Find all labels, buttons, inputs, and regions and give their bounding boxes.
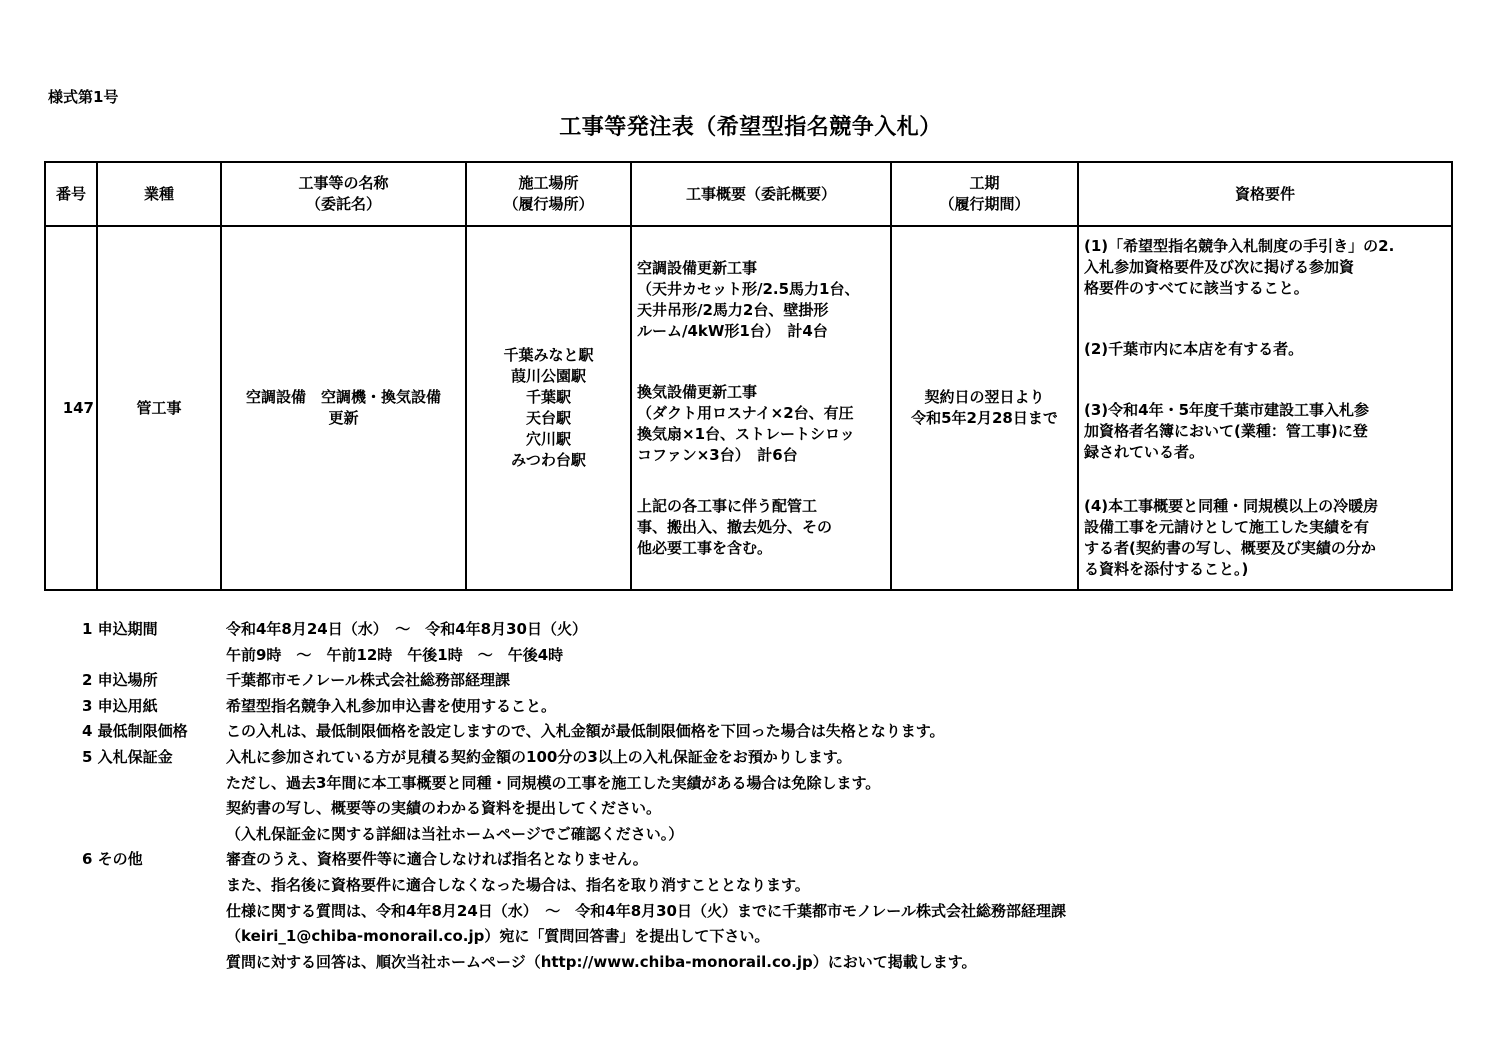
note-label-empty — [82, 643, 226, 669]
note-text: 契約書の写し、概要等の実績のわかる資料を提出してください。 — [226, 796, 661, 822]
header-sublabel: （履行場所） — [467, 194, 630, 215]
summary-line: コファン×3台） 計6台 — [637, 445, 890, 466]
note-text: 入札に参加されている方が見積る契約金額の100分の3以上の入札保証金をお預かりし… — [226, 745, 852, 771]
cell-summary: 空調設備更新工事 （天井カセット形/2.5馬力1台、 天井吊形/2馬力2台、壁掛… — [631, 226, 891, 590]
note-other: 6 その他 審査のうえ、資格要件等に適合しなければ指名となりません。 — [82, 847, 1066, 873]
header-qualifications: 資格要件 — [1078, 162, 1452, 226]
note-application-form: 3 申込用紙 希望型指名競争入札参加申込書を使用すること。 — [82, 694, 1066, 720]
note-text: この入札は、最低制限価格を設定しますので、入札金額が最低制限価格を下回った場合は… — [226, 719, 945, 745]
location-item: 千葉駅 — [467, 387, 630, 408]
qualification-line: る資料を添付すること。) — [1084, 559, 1451, 580]
header-name: 工事等の名称（委託名） — [221, 162, 466, 226]
note-continuation: 仕様に関する質問は、令和4年8月24日（水） ～ 令和4年8月30日（火）までに… — [82, 899, 1066, 925]
header-summary: 工事概要（委託概要） — [631, 162, 891, 226]
order-table: 番号 業種 工事等の名称（委託名） 施工場所（履行場所） 工事概要（委託概要） … — [44, 161, 1453, 591]
header-label: 番号 — [46, 184, 96, 205]
table-header-row: 番号 業種 工事等の名称（委託名） 施工場所（履行場所） 工事概要（委託概要） … — [45, 162, 1452, 226]
header-number: 番号 — [45, 162, 97, 226]
note-label: 6 その他 — [82, 847, 226, 873]
note-continuation: 午前9時 ～ 午前12時 午後1時 ～ 午後4時 — [82, 643, 1066, 669]
note-label-empty — [82, 796, 226, 822]
location-item: みつわ台駅 — [467, 450, 630, 471]
period-line: 契約日の翌日より — [892, 387, 1077, 408]
location-item: 天台駅 — [467, 408, 630, 429]
spacer — [1084, 463, 1451, 496]
summary-line: ルーム/4kW形1台） 計4台 — [637, 321, 890, 342]
note-text: 仕様に関する質問は、令和4年8月24日（水） ～ 令和4年8月30日（火）までに… — [226, 899, 1066, 925]
location-item: 穴川駅 — [467, 429, 630, 450]
note-bid-bond: 5 入札保証金 入札に参加されている方が見積る契約金額の100分の3以上の入札保… — [82, 745, 1066, 771]
note-label-empty — [82, 873, 226, 899]
location-item: 千葉みなと駅 — [467, 345, 630, 366]
spacer — [1084, 299, 1451, 339]
note-label: 3 申込用紙 — [82, 694, 226, 720]
note-text: 千葉都市モノレール株式会社総務部経理課 — [226, 668, 510, 694]
form-number: 様式第1号 — [48, 86, 118, 107]
spacer — [637, 342, 890, 382]
note-continuation: （入札保証金に関する詳細は当社ホームページでご確認ください。） — [82, 822, 1066, 848]
note-text: 審査のうえ、資格要件等に適合しなければ指名となりません。 — [226, 847, 648, 873]
summary-line: （ダクト用ロスナイ×2台、有圧 — [637, 403, 890, 424]
note-label-empty — [82, 899, 226, 925]
location-item: 葭川公園駅 — [467, 366, 630, 387]
summary-line: 換気扇×1台、ストレートシロッ — [637, 424, 890, 445]
note-continuation: （keiri_1@chiba-monorail.co.jp）宛に「質問回答書」を… — [82, 924, 1066, 950]
header-category: 業種 — [97, 162, 221, 226]
header-sublabel: （委託名） — [222, 194, 465, 215]
note-label: 2 申込場所 — [82, 668, 226, 694]
qualification-line: 加資格者名簿において(業種：管工事)に登 — [1084, 421, 1451, 442]
summary-line: 事、搬出入、撤去処分、その — [637, 517, 890, 538]
note-continuation: ただし、過去3年間に本工事概要と同種・同規模の工事を施工した実績がある場合は免除… — [82, 771, 1066, 797]
note-text: 午前9時 ～ 午前12時 午後1時 ～ 午後4時 — [226, 643, 563, 669]
note-text: 希望型指名競争入札参加申込書を使用すること。 — [226, 694, 556, 720]
cell-qualifications: (1)「希望型指名競争入札制度の手引き」の2. 入札参加資格要件及び次に掲げる参… — [1078, 226, 1452, 590]
qualification-line: 入札参加資格要件及び次に掲げる参加資 — [1084, 257, 1451, 278]
note-label: 5 入札保証金 — [82, 745, 226, 771]
cell-name: 空調設備 空調機・換気設備 更新 — [221, 226, 466, 590]
cell-category: 管工事 — [97, 226, 221, 590]
qualification-line: (3)令和4年・5年度千葉市建設工事入札参 — [1084, 400, 1451, 421]
note-contact-email: （keiri_1@chiba-monorail.co.jp）宛に「質問回答書」を… — [226, 924, 769, 950]
note-label-empty — [82, 771, 226, 797]
note-text: ただし、過去3年間に本工事概要と同種・同規模の工事を施工した実績がある場合は免除… — [226, 771, 880, 797]
qualification-line: する者(契約書の写し、概要及び実績の分か — [1084, 538, 1451, 559]
summary-line: 天井吊形/2馬力2台、壁掛形 — [637, 300, 890, 321]
note-text: また、指名後に資格要件に適合しなくなった場合は、指名を取り消すこととなります。 — [226, 873, 810, 899]
note-application-period: 1 申込期間 令和4年8月24日（水） ～ 令和4年8月30日（火） — [82, 617, 1066, 643]
summary-line: （天井カセット形/2.5馬力1台、 — [637, 279, 890, 300]
header-label: 工事概要（委託概要） — [632, 184, 890, 205]
spacer — [637, 466, 890, 496]
qualification-line: (4)本工事概要と同種・同規模以上の冷暖房 — [1084, 496, 1451, 517]
summary-line: 空調設備更新工事 — [637, 258, 890, 279]
cell-locations: 千葉みなと駅 葭川公園駅 千葉駅 天台駅 穴川駅 みつわ台駅 — [466, 226, 631, 590]
qualification-line: 設備工事を元請けとして施工した実績を有 — [1084, 517, 1451, 538]
note-label-empty — [82, 950, 226, 976]
cell-number: 147 — [45, 226, 97, 590]
name-line: 更新 — [222, 408, 465, 429]
period-line: 令和5年2月28日まで — [892, 408, 1077, 429]
note-application-place: 2 申込場所 千葉都市モノレール株式会社総務部経理課 — [82, 668, 1066, 694]
header-label: 資格要件 — [1079, 184, 1451, 205]
note-label: 1 申込期間 — [82, 617, 226, 643]
header-label: 業種 — [98, 184, 220, 205]
header-sublabel: （履行期間） — [892, 194, 1077, 215]
note-continuation: 質問に対する回答は、順次当社ホームページ（http://www.chiba-mo… — [82, 950, 1066, 976]
summary-line: 他必要工事を含む。 — [637, 538, 890, 559]
note-continuation: また、指名後に資格要件に適合しなくなった場合は、指名を取り消すこととなります。 — [82, 873, 1066, 899]
qualification-line: 格要件のすべてに該当すること。 — [1084, 278, 1451, 299]
note-text: （入札保証金に関する詳細は当社ホームページでご確認ください。） — [226, 822, 683, 848]
spacer — [1084, 360, 1451, 400]
note-minimum-price: 4 最低制限価格 この入札は、最低制限価格を設定しますので、入札金額が最低制限価… — [82, 719, 1066, 745]
note-text: 令和4年8月24日（水） ～ 令和4年8月30日（火） — [226, 617, 587, 643]
name-line: 空調設備 空調機・換気設備 — [222, 387, 465, 408]
note-label-empty — [82, 822, 226, 848]
qualification-line: (2)千葉市内に本店を有する者。 — [1084, 339, 1451, 360]
notes-section: 1 申込期間 令和4年8月24日（水） ～ 令和4年8月30日（火） 午前9時 … — [82, 617, 1066, 975]
header-location: 施工場所（履行場所） — [466, 162, 631, 226]
table-row: 147 管工事 空調設備 空調機・換気設備 更新 千葉みなと駅 葭川公園駅 千葉… — [45, 226, 1452, 590]
note-label: 4 最低制限価格 — [82, 719, 226, 745]
header-label: 工期 — [892, 173, 1077, 194]
note-homepage: 質問に対する回答は、順次当社ホームページ（http://www.chiba-mo… — [226, 950, 977, 976]
note-label-empty — [82, 924, 226, 950]
summary-line: 上記の各工事に伴う配管工 — [637, 496, 890, 517]
summary-line: 換気設備更新工事 — [637, 382, 890, 403]
qualification-line: 録されている者。 — [1084, 442, 1451, 463]
qualification-line: (1)「希望型指名競争入札制度の手引き」の2. — [1084, 236, 1451, 257]
header-period: 工期（履行期間） — [891, 162, 1078, 226]
note-continuation: 契約書の写し、概要等の実績のわかる資料を提出してください。 — [82, 796, 1066, 822]
header-label: 施工場所 — [467, 173, 630, 194]
document-title: 工事等発注表（希望型指名競争入札） — [0, 110, 1497, 141]
cell-period: 契約日の翌日より 令和5年2月28日まで — [891, 226, 1078, 590]
header-label: 工事等の名称 — [222, 173, 465, 194]
